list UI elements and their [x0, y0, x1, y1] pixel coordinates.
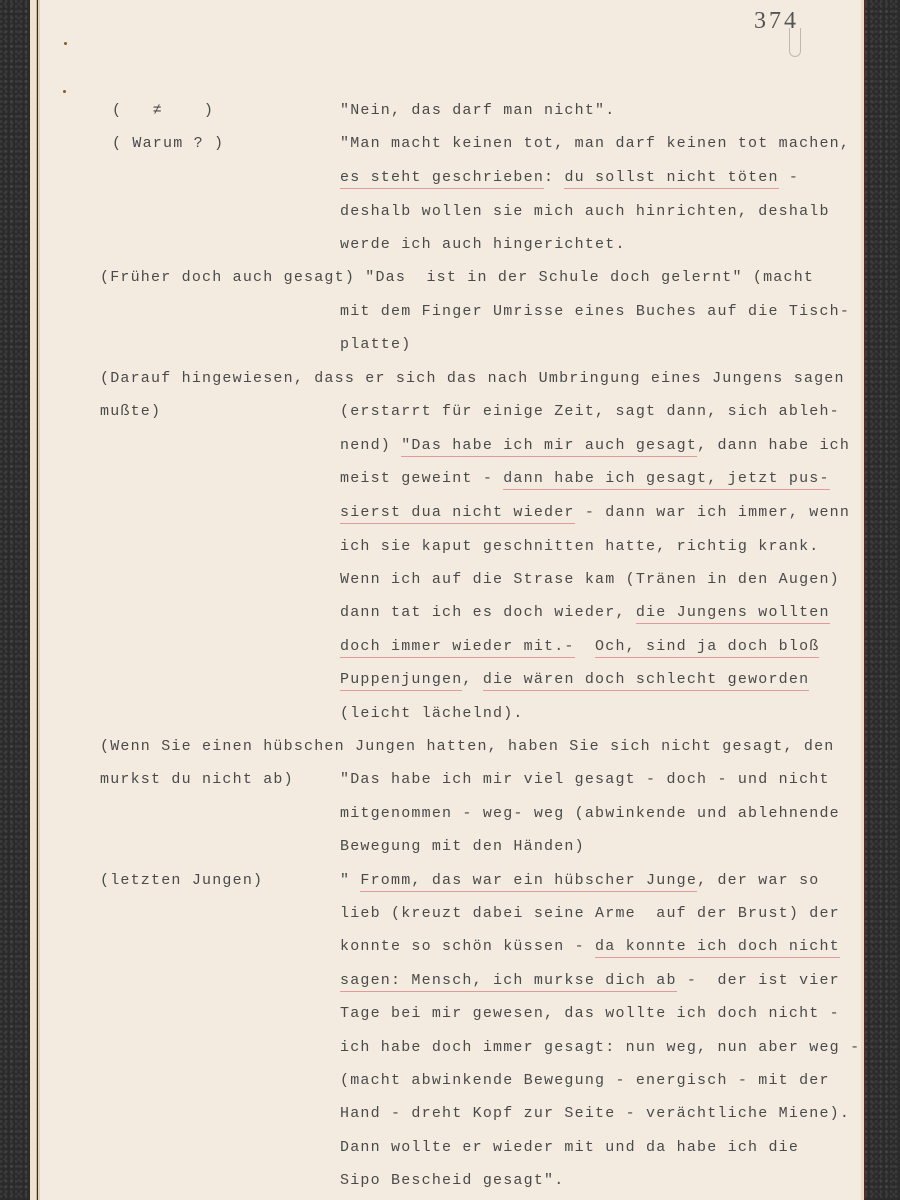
text-fragment: konnte so schön küssen - — [340, 938, 595, 955]
text-fragment: - dann war ich immer, wenn — [575, 504, 850, 521]
text-fragment — [575, 638, 595, 655]
statement-line: (erstarrt für einige Zeit, sagt dann, si… — [340, 402, 840, 422]
underlined-text: sierst dua nicht wieder — [340, 504, 575, 524]
statement-line: platte) — [340, 335, 411, 355]
statement-line: Wenn ich auf die Strase kam (Tränen in d… — [340, 570, 840, 590]
margin-note: murkst du nicht ab) — [100, 770, 294, 790]
full-line: (Wenn Sie einen hübschen Jungen hatten, … — [100, 737, 835, 757]
statement-line: ich sie kaput geschnitten hatte, richtig… — [340, 537, 819, 557]
text-fragment: meist geweint - — [340, 470, 503, 487]
statement-line: ich habe doch immer gesagt: nun weg, nun… — [340, 1038, 860, 1058]
margin-note: ( Warum ? ) — [112, 134, 224, 154]
margin-note: (letzten Jungen) — [100, 871, 263, 891]
underlined-text: die wären doch schlecht geworden — [483, 671, 809, 691]
margin-note: ( ≠ ) — [112, 101, 214, 121]
text-fragment: - der ist vier — [677, 972, 840, 989]
statement-line: deshalb wollen sie mich auch hinrichten,… — [340, 202, 830, 222]
statement-line: Dann wollte er wieder mit und da habe ic… — [340, 1138, 799, 1158]
text-fragment: , dann habe ich — [697, 437, 850, 454]
underlined-text: da konnte ich doch nicht — [595, 938, 840, 958]
statement-line: dann tat ich es doch wieder, die Jungens… — [340, 603, 830, 623]
statement-line: lieb (kreuzt dabei seine Arme auf der Br… — [340, 904, 840, 924]
text-fragment: " — [340, 872, 360, 889]
paper-spot — [63, 90, 66, 93]
statement-line: konnte so schön küssen - da konnte ich d… — [340, 937, 840, 957]
underlined-text: es steht geschrieben — [340, 169, 544, 189]
statement-line: Bewegung mit den Händen) — [340, 837, 585, 857]
underlined-text: "Das habe ich mir auch gesagt — [401, 437, 697, 457]
underlined-text: doch immer wieder mit.- — [340, 638, 575, 658]
statement-line: (macht abwinkende Bewegung - energisch -… — [340, 1071, 830, 1091]
page-edge — [30, 0, 37, 1200]
statement-line: Hand - dreht Kopf zur Seite - verächtlic… — [340, 1104, 850, 1124]
text-fragment: - — [779, 169, 799, 186]
statement-line: Puppenjungen, die wären doch schlecht ge… — [340, 670, 809, 690]
statement-line: "Man macht keinen tot, man darf keinen t… — [340, 134, 850, 154]
full-line: (Darauf hingewiesen, dass er sich das na… — [100, 369, 845, 389]
paper-spot — [64, 42, 67, 45]
underlined-text: du sollst nicht töten — [564, 169, 778, 189]
text-fragment: : — [544, 169, 564, 186]
underlined-text: die Jungens wollten — [636, 604, 830, 624]
underlined-text: Och, sind ja doch bloß — [595, 638, 819, 658]
text-fragment: dann tat ich es doch wieder, — [340, 604, 636, 621]
statement-line: Sipo Bescheid gesagt". — [340, 1171, 564, 1191]
statement-line: sierst dua nicht wieder - dann war ich i… — [340, 503, 850, 523]
statement-line: mitgenommen - weg- weg (abwinkende und a… — [340, 804, 840, 824]
statement-line: mit dem Finger Umrisse eines Buches auf … — [340, 302, 850, 322]
statement-line: (leicht lächelnd). — [340, 704, 524, 724]
text-fragment: , der war so — [697, 872, 819, 889]
statement-line: meist geweint - dann habe ich gesagt, je… — [340, 469, 830, 489]
full-line: (Früher doch auch gesagt) "Das ist in de… — [100, 268, 814, 288]
underlined-text: dann habe ich gesagt, jetzt pus- — [503, 470, 829, 490]
text-fragment: , — [462, 671, 482, 688]
statement-line: es steht geschrieben: du sollst nicht tö… — [340, 168, 799, 188]
statement-line: "Das habe ich mir viel gesagt - doch - u… — [340, 770, 830, 790]
margin-note: mußte) — [100, 402, 161, 422]
pencil-annotation — [789, 28, 801, 57]
statement-line: "Nein, das darf man nicht". — [340, 101, 615, 121]
underlined-text: Puppenjungen — [340, 671, 462, 691]
underlined-text: Fromm, das war ein hübscher Junge — [360, 872, 697, 892]
statement-line: werde ich auch hingerichtet. — [340, 235, 626, 255]
statement-line: Tage bei mir gewesen, das wollte ich doc… — [340, 1004, 840, 1024]
statement-line: doch immer wieder mit.- Och, sind ja doc… — [340, 637, 819, 657]
underlined-text: sagen: Mensch, ich murkse dich ab — [340, 972, 677, 992]
statement-line: nend) "Das habe ich mir auch gesagt, dan… — [340, 436, 850, 456]
statement-line: sagen: Mensch, ich murkse dich ab - der … — [340, 971, 840, 991]
text-fragment: nend) — [340, 437, 401, 454]
statement-line: " Fromm, das war ein hübscher Junge, der… — [340, 871, 819, 891]
